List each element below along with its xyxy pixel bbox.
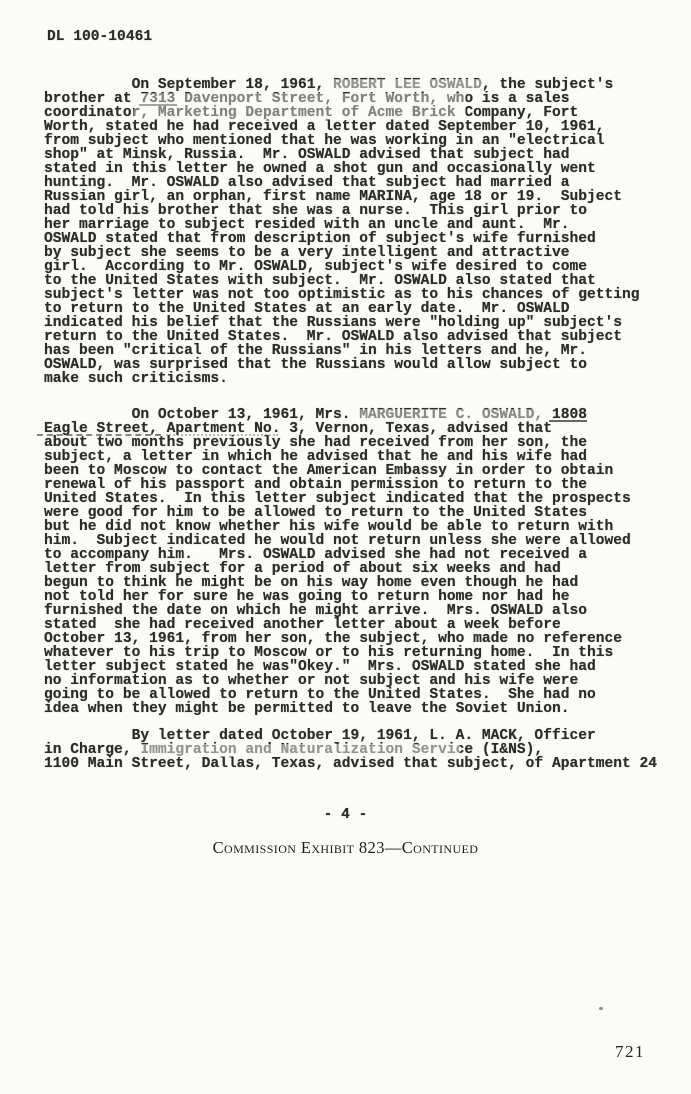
text-line: going to be allowed to return to the Uni… <box>44 688 657 702</box>
text-line: from subject who mentioned that he was w… <box>44 134 657 148</box>
pencil-underline-eagle-street <box>37 434 161 436</box>
pencil-underline-7313 <box>139 104 177 106</box>
text-line: begun to think he might be on his way ho… <box>44 576 657 590</box>
text-line: were good for him to be allowed to retur… <box>44 506 657 520</box>
text-line: coordinator, Marketing Department of Acm… <box>44 106 657 120</box>
text-line: OSWALD, was surprised that the Russians … <box>44 358 657 372</box>
text-line: to the United States with subject. Mr. O… <box>44 274 657 288</box>
corner-page-number: 721 <box>615 1043 645 1061</box>
text-line: in Charge, Immigration and Naturalizatio… <box>44 743 657 757</box>
text-line: OSWALD stated that from description of s… <box>44 232 657 246</box>
text-line: her marriage to subject resided with an … <box>44 218 657 232</box>
page-number-footer: - 4 - <box>0 808 691 822</box>
text-line: to accompany him. Mrs. OSWALD advised sh… <box>44 548 657 562</box>
exhibit-caption: Commission Exhibit 823—Continued <box>0 839 691 857</box>
text-line: not told her for sure he was going to re… <box>44 590 657 604</box>
document-page: DL 100-10461 On September 18, 1961, ROBE… <box>0 0 691 1094</box>
scan-speck <box>599 1007 603 1010</box>
text-line: On September 18, 1961, ROBERT LEE OSWALD… <box>44 78 657 92</box>
text-line: girl. According to Mr. OSWALD, subject's… <box>44 260 657 274</box>
text-line: make such criticisms. <box>44 372 657 386</box>
text-line: subject, a letter in which he advised th… <box>44 450 657 464</box>
text-line: shop" at Minsk, Russia. Mr. OSWALD advis… <box>44 148 657 162</box>
text-line: letter from subject for a period of abou… <box>44 562 657 576</box>
text-line: letter subject stated he was"Okey." Mrs.… <box>44 660 657 674</box>
text-line: return to the United States. Mr. OSWALD … <box>44 330 657 344</box>
text-line: had told his brother that she was a nurs… <box>44 204 657 218</box>
text-line: by subject she seems to be a very intell… <box>44 246 657 260</box>
text-line: indicated his belief that the Russians w… <box>44 316 657 330</box>
text-line: to return to the United States at an ear… <box>44 302 657 316</box>
text-line: 1100 Main Street, Dallas, Texas, advised… <box>44 757 657 771</box>
text-line: Russian girl, an orphan, first name MARI… <box>44 190 657 204</box>
text-line: renewal of his passport and obtain permi… <box>44 478 657 492</box>
text-line: By letter dated October 19, 1961, L. A. … <box>44 729 657 743</box>
text-line: United States. In this letter subject in… <box>44 492 657 506</box>
text-line: October 13, 1961, from her son, the subj… <box>44 632 657 646</box>
text-line: idea when they might be permitted to lea… <box>44 702 657 716</box>
document-body: On September 18, 1961, ROBERT LEE OSWALD… <box>44 78 657 771</box>
file-number: DL 100-10461 <box>47 30 152 45</box>
text-line: stated in this letter he owned a shot gu… <box>44 162 657 176</box>
text-line: whatever to his trip to Moscow or to his… <box>44 646 657 660</box>
text-line: about two months previously she had rece… <box>44 436 657 450</box>
text-line: no information as to whether or not subj… <box>44 674 657 688</box>
text-line: brother at 7313 Davenport Street, Fort W… <box>44 92 657 106</box>
pencil-underline-apartment <box>166 434 278 436</box>
paragraph: On September 18, 1961, ROBERT LEE OSWALD… <box>44 78 657 386</box>
text-line: been to Moscow to contact the American E… <box>44 464 657 478</box>
paragraph: On October 13, 1961, Mrs. MARGUERITE C. … <box>44 408 657 716</box>
paragraph: By letter dated October 19, 1961, L. A. … <box>44 729 657 771</box>
pencil-underline-1808 <box>549 420 587 422</box>
text-line: but he did not know whether his wife wou… <box>44 520 657 534</box>
text-line: has been "critical of the Russians" in h… <box>44 344 657 358</box>
text-line: subject's letter was not too optimistic … <box>44 288 657 302</box>
text-line: Worth, stated he had received a letter d… <box>44 120 657 134</box>
text-line: stated she had received another letter a… <box>44 618 657 632</box>
text-line: furnished the date on which he might arr… <box>44 604 657 618</box>
text-line: hunting. Mr. OSWALD also advised that su… <box>44 176 657 190</box>
text-line: him. Subject indicated he would not retu… <box>44 534 657 548</box>
